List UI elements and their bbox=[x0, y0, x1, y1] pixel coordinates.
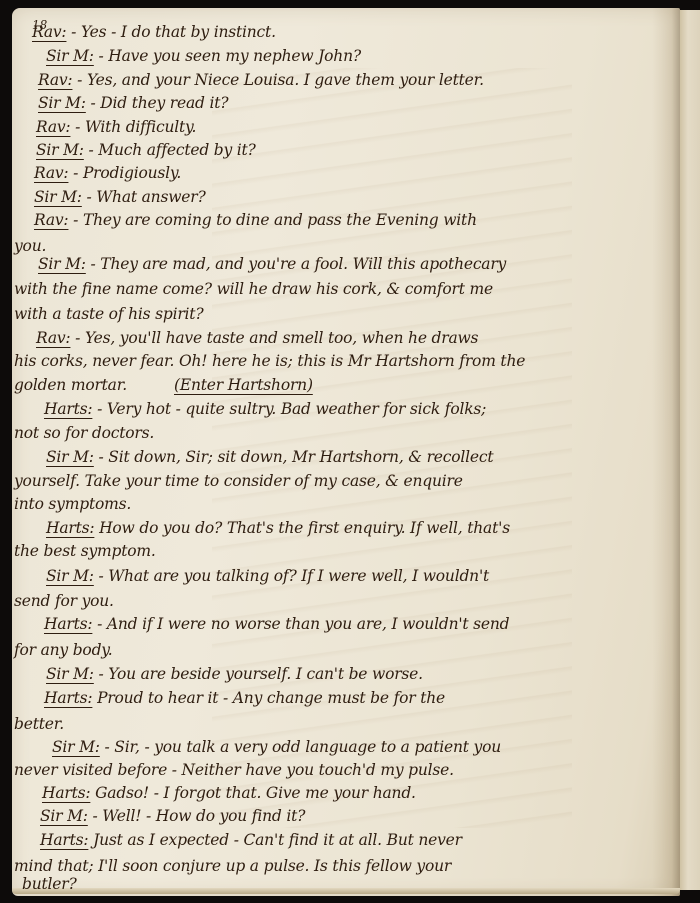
line-text: you. bbox=[14, 237, 46, 255]
dialogue-line: Harts: Proud to hear it - Any change mus… bbox=[44, 688, 445, 708]
line-text: Just as I expected - Can't find it at al… bbox=[88, 831, 461, 849]
line-text: golden mortar. bbox=[14, 376, 127, 394]
speaker-name: Sir M: bbox=[46, 47, 94, 65]
speaker-name: Sir M: bbox=[40, 807, 88, 825]
line-text: - With difficulty. bbox=[70, 118, 196, 136]
continuation-line: butler? bbox=[22, 874, 77, 894]
dialogue-line: Harts: - Very hot - quite sultry. Bad we… bbox=[44, 399, 486, 419]
line-text: - And if I were no worse than you are, I… bbox=[92, 615, 509, 633]
speaker-name: Harts: bbox=[42, 784, 90, 802]
line-text: his corks, never fear. Oh! here he is; t… bbox=[14, 352, 525, 370]
line-text: Proud to hear it - Any change must be fo… bbox=[92, 689, 445, 707]
speaker-name: Harts: bbox=[44, 400, 92, 418]
continuation-line: not so for doctors. bbox=[14, 423, 154, 443]
continuation-line: send for you. bbox=[14, 591, 114, 611]
continuation-line: with a taste of his spirit? bbox=[14, 304, 203, 324]
speaker-name: Sir M: bbox=[38, 94, 86, 112]
dialogue-line: Sir M: - Sit down, Sir; sit down, Mr Har… bbox=[46, 447, 493, 467]
speaker-name: Harts: bbox=[40, 831, 88, 849]
line-text: the best symptom. bbox=[14, 542, 156, 560]
continuation-line: for any body. bbox=[14, 640, 113, 660]
dialogue-line: Rav: - Prodigiously. bbox=[34, 163, 181, 183]
line-text: - What answer? bbox=[82, 188, 206, 206]
continuation-line: golden mortar. bbox=[14, 375, 127, 395]
dialogue-line: Harts: Gadso! - I forgot that. Give me y… bbox=[42, 783, 416, 803]
line-text: - Yes - I do that by instinct. bbox=[66, 23, 275, 41]
manuscript-scan: 18 Rav: - Yes - I do that by instinct.Si… bbox=[0, 0, 700, 903]
line-text: for any body. bbox=[14, 641, 113, 659]
continuation-line: his corks, never fear. Oh! here he is; t… bbox=[14, 351, 525, 371]
line-text: - Yes, you'll have taste and smell too, … bbox=[70, 329, 478, 347]
dialogue-line: Sir M: - Much affected by it? bbox=[36, 140, 256, 160]
stage-direction: (Enter Hartshorn) bbox=[174, 375, 313, 395]
speaker-name: Rav: bbox=[32, 23, 66, 41]
line-text: into symptoms. bbox=[14, 495, 131, 513]
continuation-line: with the fine name come? will he draw hi… bbox=[14, 279, 493, 299]
line-text: better. bbox=[14, 715, 64, 733]
line-text: butler? bbox=[22, 875, 77, 893]
line-text: - Did they read it? bbox=[86, 94, 229, 112]
continuation-line: you. bbox=[14, 236, 46, 256]
speaker-name: Sir M: bbox=[36, 141, 84, 159]
line-text: never visited before - Neither have you … bbox=[14, 761, 454, 779]
line-text: - You are beside yourself. I can't be wo… bbox=[94, 665, 423, 683]
speaker-name: Harts: bbox=[46, 519, 94, 537]
speaker-name: Rav: bbox=[34, 211, 68, 229]
line-text: mind that; I'll soon conjure up a pulse.… bbox=[14, 857, 451, 875]
speaker-name: Sir M: bbox=[38, 255, 86, 273]
facing-page-edge bbox=[680, 10, 700, 890]
dialogue-line: Harts: - And if I were no worse than you… bbox=[44, 614, 509, 634]
speaker-name: Harts: bbox=[44, 615, 92, 633]
dialogue-line: Sir M: - What answer? bbox=[34, 187, 206, 207]
dialogue-line: Rav: - They are coming to dine and pass … bbox=[34, 210, 477, 230]
dialogue-line: Sir M: - You are beside yourself. I can'… bbox=[46, 664, 423, 684]
line-text: - Sir, - you talk a very odd language to… bbox=[100, 738, 501, 756]
line-text: send for you. bbox=[14, 592, 114, 610]
line-text: - Well! - How do you find it? bbox=[88, 807, 305, 825]
speaker-name: Harts: bbox=[44, 689, 92, 707]
continuation-line: mind that; I'll soon conjure up a pulse.… bbox=[14, 856, 451, 876]
line-text: yourself. Take your time to consider of … bbox=[14, 472, 463, 490]
speaker-name: Rav: bbox=[38, 71, 72, 89]
dialogue-line: Rav: - Yes, and your Niece Louisa. I gav… bbox=[38, 70, 484, 90]
dialogue-line: Rav: - Yes - I do that by instinct. bbox=[32, 22, 276, 42]
dialogue-line: Harts: How do you do? That's the first e… bbox=[46, 518, 510, 538]
speaker-name: Sir M: bbox=[34, 188, 82, 206]
continuation-line: yourself. Take your time to consider of … bbox=[14, 471, 463, 491]
continuation-line: the best symptom. bbox=[14, 541, 156, 561]
line-text: - Prodigiously. bbox=[68, 164, 181, 182]
line-text: How do you do? That's the first enquiry.… bbox=[94, 519, 510, 537]
line-text: Gadso! - I forgot that. Give me your han… bbox=[90, 784, 415, 802]
speaker-name: Sir M: bbox=[46, 448, 94, 466]
line-text: not so for doctors. bbox=[14, 424, 154, 442]
continuation-line: into symptoms. bbox=[14, 494, 131, 514]
line-text: - They are mad, and you're a fool. Will … bbox=[86, 255, 506, 273]
page-bottom-edge bbox=[12, 888, 680, 894]
dialogue-line: Sir M: - Well! - How do you find it? bbox=[40, 806, 305, 826]
speaker-name: Sir M: bbox=[46, 665, 94, 683]
speaker-name: Sir M: bbox=[46, 567, 94, 585]
line-text: - What are you talking of? If I were wel… bbox=[94, 567, 489, 585]
line-text: - Very hot - quite sultry. Bad weather f… bbox=[92, 400, 486, 418]
dialogue-line: Harts: Just as I expected - Can't find i… bbox=[40, 830, 462, 850]
dialogue-line: Sir M: - What are you talking of? If I w… bbox=[46, 566, 489, 586]
line-text: - Have you seen my nephew John? bbox=[94, 47, 361, 65]
line-text: - They are coming to dine and pass the E… bbox=[68, 211, 476, 229]
speaker-name: Sir M: bbox=[52, 738, 100, 756]
continuation-line: never visited before - Neither have you … bbox=[14, 760, 454, 780]
continuation-line: better. bbox=[14, 714, 64, 734]
dialogue-line: Rav: - Yes, you'll have taste and smell … bbox=[36, 328, 478, 348]
dialogue-line: Sir M: - Have you seen my nephew John? bbox=[46, 46, 361, 66]
line-text: - Much affected by it? bbox=[84, 141, 256, 159]
dialogue-line: Sir M: - They are mad, and you're a fool… bbox=[38, 254, 506, 274]
line-text: with a taste of his spirit? bbox=[14, 305, 203, 323]
speaker-name: Rav: bbox=[36, 118, 70, 136]
dialogue-line: Sir M: - Did they read it? bbox=[38, 93, 228, 113]
line-text: with the fine name come? will he draw hi… bbox=[14, 280, 493, 298]
dialogue-line: Sir M: - Sir, - you talk a very odd lang… bbox=[52, 737, 501, 757]
speaker-name: Rav: bbox=[34, 164, 68, 182]
dialogue-line: Rav: - With difficulty. bbox=[36, 117, 196, 137]
line-text: - Sit down, Sir; sit down, Mr Hartshorn,… bbox=[94, 448, 494, 466]
speaker-name: Rav: bbox=[36, 329, 70, 347]
line-text: - Yes, and your Niece Louisa. I gave the… bbox=[72, 71, 483, 89]
